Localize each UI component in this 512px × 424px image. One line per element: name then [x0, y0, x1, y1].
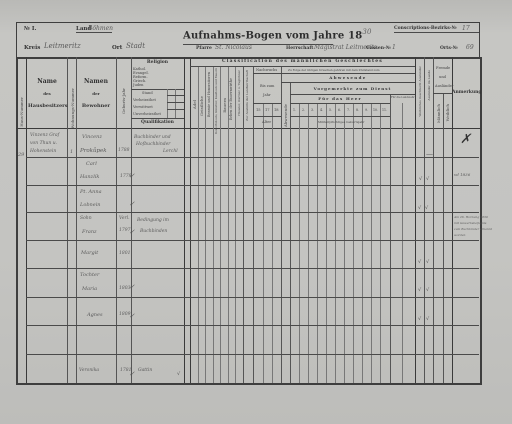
- religion-title: Religion: [131, 60, 184, 65]
- check-mark: √: [426, 316, 429, 322]
- stand-row: Verwittwet: [133, 105, 153, 109]
- col-header-hausbesitzer-3: Hausbesitzers: [28, 103, 66, 109]
- geburt: 1788: [118, 148, 129, 153]
- geburt-note: Verl.: [119, 216, 130, 221]
- col-line: [317, 103, 318, 383]
- check-mark: √: [418, 259, 421, 265]
- header-line: [131, 118, 184, 119]
- col-line: [220, 66, 221, 383]
- col-line: [175, 89, 176, 118]
- anmerkung-mark: ✗: [460, 132, 471, 147]
- bewohner-line: Franz: [82, 229, 97, 235]
- konskription-value: 17: [462, 25, 470, 32]
- fremde-maennlich: Männlich: [436, 104, 441, 123]
- row-separator: [26, 325, 479, 326]
- col-line: [290, 82, 291, 383]
- klass-col-adel: Adel: [192, 100, 197, 109]
- col-line: [380, 103, 381, 383]
- bewohner-line: Sohn: [80, 216, 92, 221]
- col-line: [167, 89, 168, 118]
- heer-col: 8.: [353, 108, 362, 114]
- header-line: [167, 102, 184, 103]
- bewohner-line: Veronika: [79, 368, 99, 373]
- kreis-label: Kreis: [24, 45, 40, 51]
- col-line: [433, 57, 434, 383]
- bewohner-line: Prokůpek: [80, 148, 107, 154]
- auslaender-header: Ausländer im Lande: [427, 70, 431, 101]
- land-value: Böhmen: [88, 25, 113, 32]
- check-mark: ✓: [129, 283, 135, 291]
- header-line: [167, 109, 184, 110]
- col-line: [362, 103, 363, 383]
- bewohner-line: Vincenz: [82, 134, 102, 140]
- konskription-label: Conscriptions-Bezirks-№: [394, 26, 457, 31]
- fremde-2: und: [439, 75, 446, 79]
- header-line: [281, 73, 415, 74]
- check-mark: ✓: [129, 200, 135, 208]
- abwesend-header: Abwesende: [281, 75, 415, 80]
- heer-col: 5.: [326, 108, 335, 114]
- ort-label: Ort: [112, 45, 122, 51]
- herrschaft-label: Herrschaft: [286, 46, 313, 51]
- klass-col-gewerbsleute: Gewerbsleute, Künstler, Kaufleute und Ba…: [214, 68, 218, 134]
- col-line: [272, 103, 273, 383]
- col-line: [253, 66, 254, 383]
- militair-alter: Militairpflichtiges Geburtsjahr: [318, 120, 364, 124]
- form-title: Aufnahms-Bogen vom Jahre 1830: [183, 28, 372, 41]
- klass-col-bauern: Bauern: [222, 98, 227, 113]
- check-mark: ✓: [129, 228, 135, 236]
- header-line: [290, 103, 390, 104]
- row-separator: [26, 212, 479, 213]
- klass-col-geistliche: Geistliche: [199, 96, 204, 116]
- stand-title: Stand: [142, 91, 153, 95]
- col-line: [452, 57, 453, 383]
- header-line: [433, 93, 452, 94]
- qualifikation-line: Buchbinden: [140, 229, 167, 234]
- stand-row: Unverheirathet: [133, 112, 161, 116]
- jahr-label: Jahr: [263, 93, 271, 97]
- col-line: [243, 66, 244, 383]
- header-line: [281, 82, 415, 83]
- bewohner-line: Pt. Anna: [80, 189, 102, 195]
- bewohner-line: Margit: [81, 250, 98, 256]
- bewohner-line: Agnes: [87, 312, 103, 318]
- header-line: [190, 66, 415, 67]
- col-line: [281, 66, 282, 383]
- kreis-value: Leitmeritz: [44, 42, 81, 50]
- bewohner-line: Tochter: [80, 272, 99, 278]
- fremde-1: Fremde: [436, 66, 450, 70]
- census-document: № I. Land Böhmen Aufnahms-Bogen vom Jahr…: [0, 0, 512, 424]
- klass-col-haeusler: Häusler, Gärtner u. Taglöhner: [237, 70, 241, 116]
- header-line: [253, 73, 281, 74]
- col-line: [299, 103, 300, 383]
- row-separator: [26, 185, 479, 186]
- header-line: [290, 94, 415, 95]
- bewohner-line: Maria: [82, 286, 97, 292]
- check-mark: √: [426, 287, 429, 293]
- col-line: [326, 103, 327, 383]
- ort-value: Stadt: [126, 42, 145, 50]
- stand-row: Verheirathet: [133, 98, 156, 102]
- col-header-bewohner-3: Bewohner: [77, 103, 115, 109]
- col-header-hausbesitzer-2: des: [28, 91, 66, 96]
- klass-col-beamte: Beamte und Honoratioren: [207, 72, 211, 117]
- title-underline: [183, 44, 333, 45]
- anmerkung-line: Am 26. Hornung 1830: [454, 215, 488, 219]
- col-line: [371, 103, 372, 383]
- klass-col-erben: Erben der Bauernwirthe: [229, 78, 233, 120]
- col-line: [184, 57, 185, 383]
- heer-col: 9.: [362, 108, 371, 114]
- gassen-value: 1: [392, 44, 396, 51]
- col-line: [116, 57, 117, 383]
- heer-col: 6.: [335, 108, 344, 114]
- pfarre-value: St. Nicolaus: [215, 44, 252, 51]
- header-line: [131, 89, 184, 90]
- hausbesitzer-line: Vinzenz Graf: [30, 133, 59, 138]
- check-mark: √: [426, 259, 429, 265]
- heer-col: 11.: [380, 108, 389, 114]
- nachwuchs-header: Nachwuchs: [256, 68, 277, 72]
- col-header-bewohner-1: Namen: [77, 78, 115, 85]
- anmerkung-text: vd 1836: [454, 172, 470, 177]
- anmerkung-line: worden: [454, 233, 465, 237]
- row-separator: [26, 354, 479, 355]
- bis-zum-label: Bis zum: [260, 84, 274, 88]
- header-line: [167, 95, 184, 96]
- qualifikation-extra: Lerchl: [163, 149, 178, 154]
- fremde-3: Ausländer: [435, 84, 454, 88]
- fremde-weiblich: Weiblich: [445, 104, 450, 121]
- nachwuchs-year: 17: [265, 108, 270, 112]
- land-underline: [76, 32, 112, 33]
- check-mark: ✓: [129, 370, 135, 378]
- header-line: [290, 116, 390, 117]
- row1-mark: —: [426, 150, 433, 158]
- bewohner-line: Hanzlík: [80, 174, 99, 180]
- col-line: [424, 57, 425, 383]
- orts-value: 69: [466, 44, 474, 51]
- nachwuchs-year: 18: [274, 108, 279, 112]
- col-line: [190, 57, 191, 383]
- col-line: [443, 93, 444, 383]
- col-line: [235, 66, 236, 383]
- col-line: [131, 57, 132, 383]
- heer-col: 4.: [317, 108, 326, 114]
- haus-nr: 29: [18, 152, 24, 158]
- konskription-underline: [394, 32, 479, 33]
- col-line: [344, 103, 345, 383]
- header-row-separator: [16, 128, 480, 129]
- check-mark: ✓: [129, 172, 135, 180]
- vorgemerkte-header: Vorgemerkte zum Dienst: [290, 86, 415, 91]
- anmerkung-line: zum Buchbinder ernannt: [454, 227, 492, 231]
- anmerkung-header: Anmerkung: [452, 90, 478, 95]
- fuer-heer-header: Für das Heer: [290, 96, 390, 101]
- landwehr-header: Für die Landwehr: [391, 96, 415, 99]
- col-header-hausbesitzer-1: Name: [28, 78, 66, 85]
- col-line: [335, 103, 336, 383]
- religion-row: Juden: [133, 83, 144, 87]
- hausbesitzer-line: Hohenstein: [30, 149, 56, 154]
- qualifikation-line: Bedingung im: [137, 218, 169, 223]
- col-line: [402, 103, 403, 383]
- qualifikation-line: Buchbinder und: [134, 135, 171, 140]
- nachwuchs-year: 15: [256, 108, 261, 112]
- bewohner-line: Carl: [86, 161, 97, 167]
- pfarre-label: Pfarre: [196, 46, 212, 51]
- row-separator: [26, 157, 479, 158]
- check-mark: √: [425, 205, 428, 211]
- anmerkung-line: mit Gewerbsbefugnis: [454, 221, 486, 225]
- qualifikation-line: Gattin: [138, 368, 152, 373]
- check-mark: √: [418, 316, 421, 322]
- check-mark: √: [418, 205, 421, 211]
- klass-col-aushilfe: Zur Aushilfe der Landwirthschaft: [245, 70, 249, 121]
- header-line: [253, 103, 281, 104]
- col-line: [26, 57, 27, 383]
- col-line: [415, 57, 416, 383]
- col-header-geburts-jahr: Geburts-Jahr: [121, 88, 126, 114]
- row-separator: [26, 268, 479, 269]
- col-header-wohnungs-nummer: Wohnungs-Nummer: [70, 88, 75, 128]
- header-line: [253, 116, 281, 117]
- klassifikation-title: Classification des männlichen Geschlecht…: [190, 59, 415, 64]
- row-separator: [26, 297, 479, 298]
- wohn-nr: 1: [70, 149, 73, 155]
- bewohner-line: Lobnein: [80, 202, 101, 208]
- geburt: 1801: [119, 251, 130, 256]
- col-line: [353, 103, 354, 383]
- col-line: [263, 103, 264, 383]
- gassen-label: Gassen-№: [366, 46, 391, 51]
- alter-label: Alter: [262, 120, 271, 124]
- heer-col: 2.: [299, 108, 308, 114]
- check-mark: ✓: [129, 312, 135, 320]
- heer-col: 1.: [290, 108, 299, 114]
- check-mark: √: [426, 176, 429, 182]
- heer-col: 7.: [344, 108, 353, 114]
- col-line: [390, 94, 391, 383]
- col-line: [308, 103, 309, 383]
- col-line: [205, 66, 206, 383]
- nr-label: № I.: [24, 26, 36, 32]
- check-mark: √: [418, 287, 421, 293]
- col-header-bewohner-2: der: [77, 91, 115, 96]
- hausbesitzer-line: von Thun u.: [30, 141, 57, 146]
- col-header-haus-nummer: Haus-Nummer: [19, 97, 24, 127]
- qualifikation-header: Qualifikation: [131, 120, 184, 125]
- heer-col-labels: 1. 2. 3. 4. 5. 6. 7. 8. 9. 10. 11.: [290, 108, 400, 114]
- heer-col: 10.: [371, 108, 380, 114]
- abwesend-vertical: Abwesende: [283, 104, 288, 127]
- weibl-header: Weibliches Geschlecht Ausländer: [418, 66, 422, 117]
- heer-col: 3.: [308, 108, 317, 114]
- check-mark: √: [177, 371, 180, 377]
- check-mark: √: [419, 176, 422, 182]
- row-separator: [26, 240, 479, 241]
- zu-folge-header: Zu Folge der übrigen Ursachen gehören mi…: [288, 68, 379, 72]
- qualifikation-line: Hofbuchbinder: [136, 142, 170, 147]
- orts-label: Orts-№: [440, 46, 458, 51]
